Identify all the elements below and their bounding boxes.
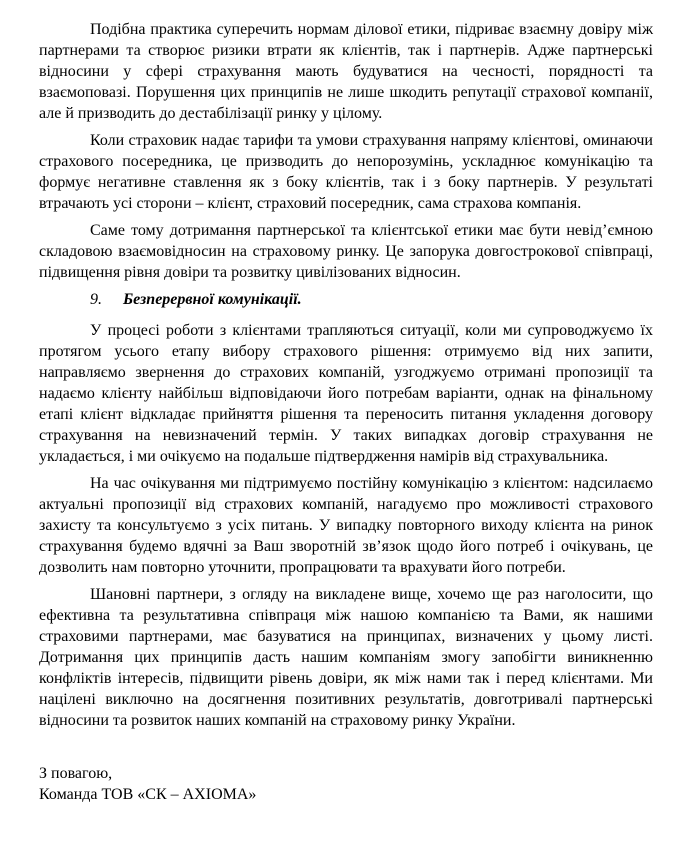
signature-company: Команда ТОВ «СК – АХІОМА» xyxy=(39,784,653,805)
signature-block: З повагою, Команда ТОВ «СК – АХІОМА» xyxy=(39,763,653,805)
paragraph-client-support-process: У процесі роботи з клієнтами трапляються… xyxy=(39,320,653,467)
paragraph-business-ethics: Подібна практика суперечить нормам ділов… xyxy=(39,19,653,124)
letter-page: Подібна практика суперечить нормам ділов… xyxy=(0,0,686,864)
list-item-9: 9.Безперервної комунікації. xyxy=(39,289,653,310)
paragraph-ethics-conclusion: Саме тому дотримання партнерської та клі… xyxy=(39,220,653,283)
paragraph-waiting-communication: На час очікування ми підтримуємо постійн… xyxy=(39,473,653,578)
list-item-9-title: Безперервної комунікації. xyxy=(123,291,302,308)
list-item-9-number: 9. xyxy=(90,291,102,308)
signature-closing: З повагою, xyxy=(39,763,653,784)
paragraph-final-appeal: Шановні партнери, з огляду на викладене … xyxy=(39,584,653,731)
paragraph-direct-tariffs: Коли страховик надає тарифи та умови стр… xyxy=(39,130,653,214)
